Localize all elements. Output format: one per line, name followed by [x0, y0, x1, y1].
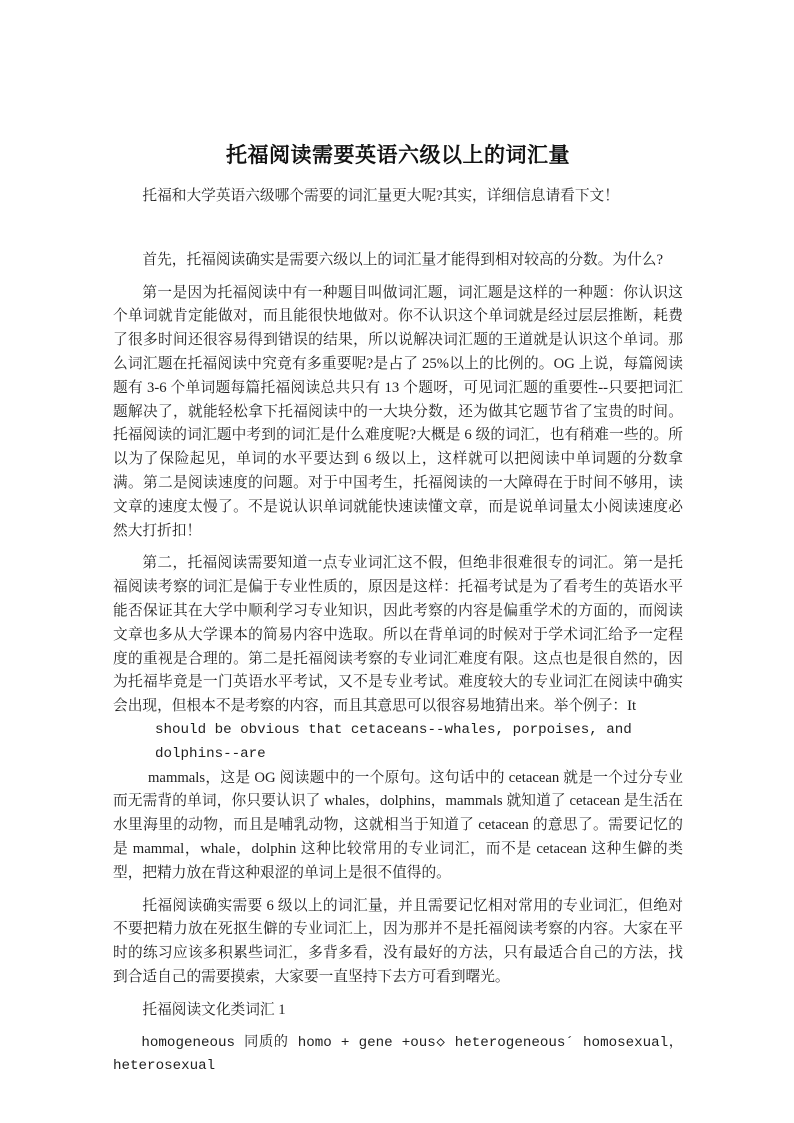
document-title: 托福阅读需要英语六级以上的词汇量 — [113, 141, 683, 169]
paragraph-summary: 托福阅读确实需要 6 级以上的词汇量，并且需要记忆相对常用的专业词汇，但绝对不要… — [113, 895, 683, 990]
paragraph-lead: 首先，托福阅读确实是需要六级以上的词汇量才能得到相对较高的分数。为什么? — [113, 249, 683, 273]
paragraph-point1-vocab-questions: 第一是因为托福阅读中有一种题目叫做词汇题，词汇题是这样的一种题：你认识这个单词就… — [113, 282, 683, 544]
section-heading-culture-vocab: 托福阅读文化类词汇 1 — [113, 999, 683, 1023]
vocab-entry-homogeneous: homogeneous 同质的 homo + gene +ous◇ hetero… — [113, 1032, 683, 1080]
intro-paragraph: 托福和大学英语六级哪个需要的词汇量更大呢?其实，详细信息请看下文！ — [113, 185, 683, 209]
document-page: 托福阅读需要英语六级以上的词汇量 托福和大学英语六级哪个需要的词汇量更大呢?其实… — [0, 0, 794, 1123]
paragraph-point2-specialized-vocab: 第二，托福阅读需要知道一点专业词汇这不假，但绝非很难很专的词汇。第一是托福阅读考… — [113, 552, 683, 719]
example-sentence-line: should be obvious that cetaceans--whales… — [113, 719, 683, 767]
paragraph-point2-continued: mammals，这是 OG 阅读题中的一个原句。这句话中的 cetacean 就… — [113, 767, 683, 886]
blank-line-spacer — [113, 218, 683, 240]
